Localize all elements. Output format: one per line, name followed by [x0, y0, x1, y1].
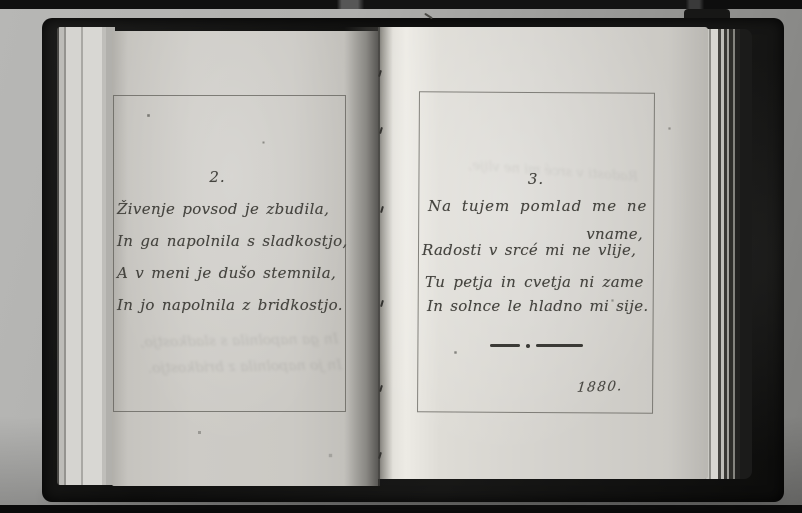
- poem-line: A v meni je dušo stemnila,: [117, 257, 348, 289]
- left-page-poem: Živenje povsod je zbudila, In ga napolni…: [117, 193, 348, 321]
- right-page-number: 3.: [418, 170, 654, 188]
- verse-divider: [490, 342, 586, 348]
- divider-dot: [526, 344, 530, 348]
- photo-of-open-book: 2. Živenje povsod je zbudila, In ga napo…: [0, 0, 802, 513]
- photo-top-border: [0, 0, 802, 9]
- poem-line: Na tujem pomlad me ne: [428, 197, 647, 215]
- year-caption: 1880.: [576, 378, 624, 396]
- bleedthrough-text: In jo napolnila z bridkostjo.: [148, 357, 342, 376]
- poem-line: Radosti v srcé mi ne vlije,: [422, 241, 636, 259]
- left-page-edges: [57, 27, 115, 485]
- poem-line: In jo napolnila z bridkostjo.: [117, 289, 348, 321]
- photo-bottom-border: [0, 505, 802, 513]
- left-page-number: 2.: [101, 168, 334, 186]
- poem-line: Živenje povsod je zbudila,: [117, 193, 348, 225]
- divider-stroke: [490, 344, 520, 347]
- divider-stroke: [536, 344, 583, 347]
- paper-specks: [0, 0, 1, 1]
- poem-line: Tu petja in cvetja ni zame: [425, 273, 644, 291]
- poem-line: In ga napolnila s sladkostjo,: [117, 225, 348, 257]
- poem-line: In solnce le hladno mi sije.: [427, 297, 648, 315]
- right-page-stack-edges: [704, 29, 752, 479]
